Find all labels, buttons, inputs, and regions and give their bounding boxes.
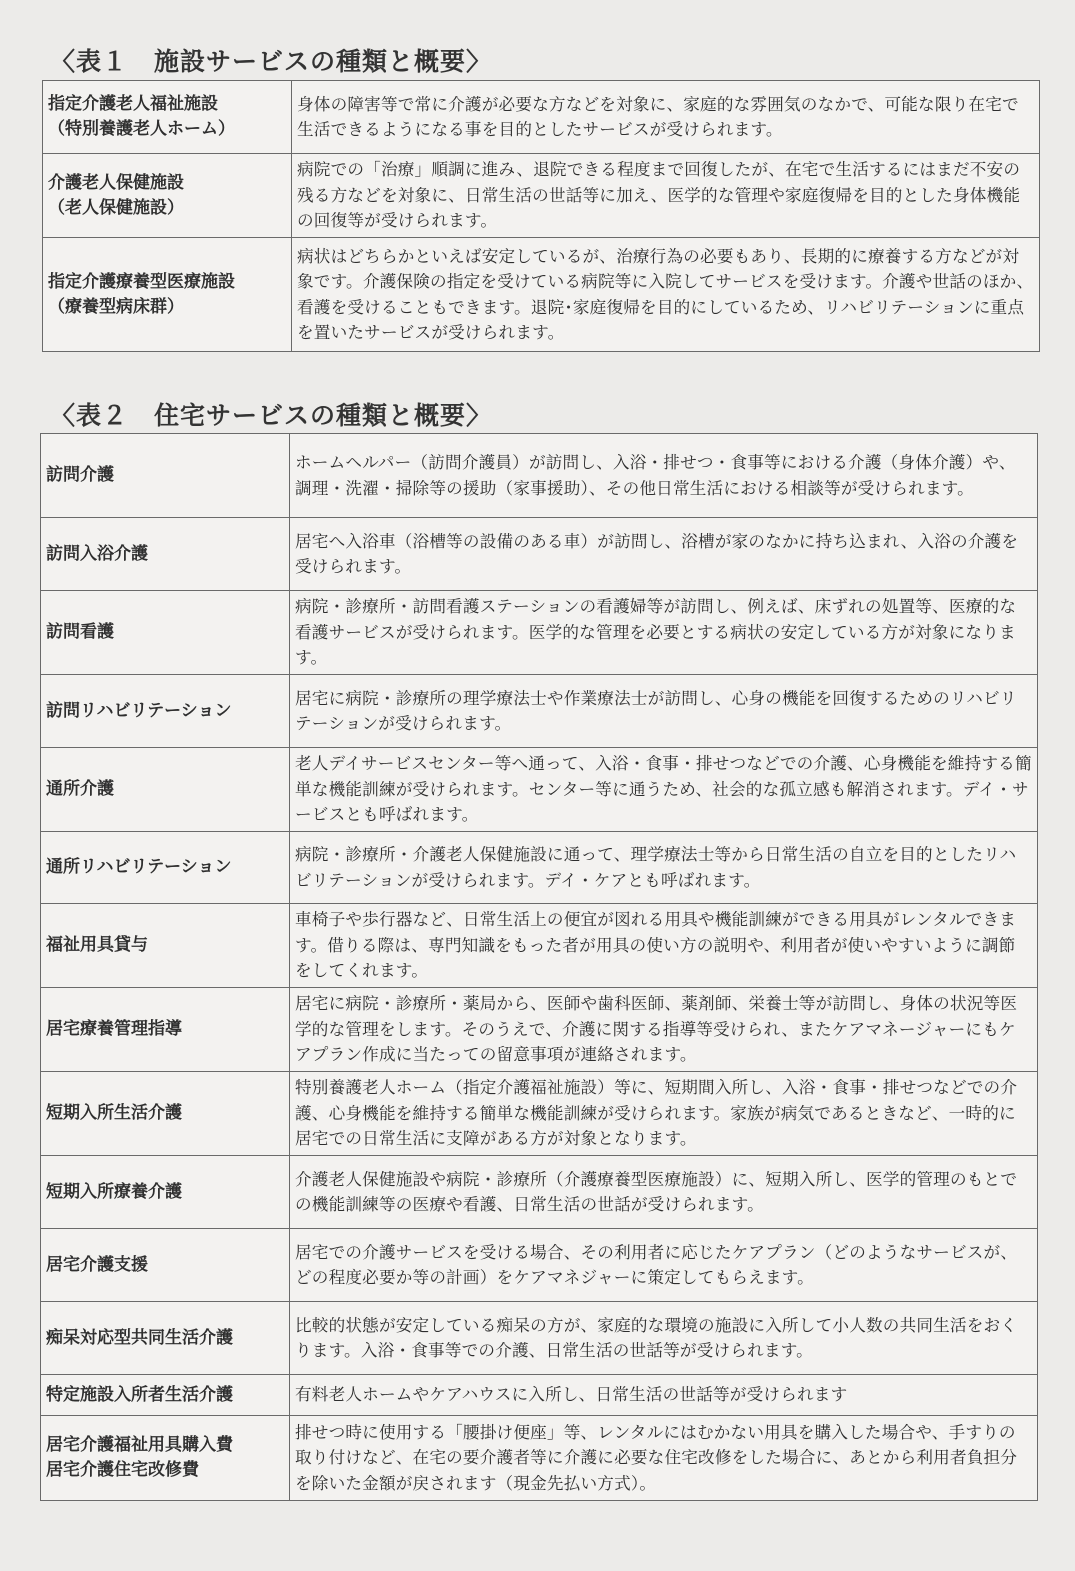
service-description: 病院での「治療」順調に進み、退院できる程度まで回復したが、在宅で生活するにはまだ… — [292, 154, 1040, 238]
service-name: 短期入所療養介護 — [41, 1156, 290, 1229]
service-name: 通所リハビリテーション — [41, 832, 290, 904]
service-description: 介護老人保健施設や病院・診療所（介護療養型医療施設）に、短期入所し、医学的管理の… — [290, 1156, 1038, 1229]
table2-title: 〈表２ 住宅サービスの種類と概要〉 — [50, 396, 492, 432]
table-row: 福祉用具貸与車椅子や歩行器など、日常生活上の便宜が図れる用具や機能訓練ができる用… — [41, 904, 1038, 988]
service-name: 居宅療養管理指導 — [41, 988, 290, 1072]
table-row: 短期入所療養介護介護老人保健施設や病院・診療所（介護療養型医療施設）に、短期入所… — [41, 1156, 1038, 1229]
service-description: 病院・診療所・介護老人保健施設に通って、理学療法士等から日常生活の自立を目的とし… — [290, 832, 1038, 904]
service-description: 居宅に病院・診療所・薬局から、医師や歯科医師、薬剤師、栄養士等が訪問し、身体の状… — [290, 988, 1038, 1072]
service-description: 排せつ時に使用する「腰掛け便座」等、レンタルにはむかない用具を購入した場合や、手… — [290, 1416, 1038, 1501]
service-name: 居宅介護福祉用具購入費 居宅介護住宅改修費 — [41, 1416, 290, 1501]
facility-services-table: 指定介護老人福祉施設 （特別養護老人ホーム）身体の障害等で常に介護が必要な方など… — [42, 80, 1040, 352]
service-name: 訪問入浴介護 — [41, 518, 290, 591]
table-row: 介護老人保健施設 （老人保健施設）病院での「治療」順調に進み、退院できる程度まで… — [43, 154, 1040, 238]
service-name: 短期入所生活介護 — [41, 1072, 290, 1156]
service-description: 居宅へ入浴車（浴槽等の設備のある車）が訪問し、浴槽が家のなかに持ち込まれ、入浴の… — [290, 518, 1038, 591]
table-row: 居宅介護福祉用具購入費 居宅介護住宅改修費排せつ時に使用する「腰掛け便座」等、レ… — [41, 1416, 1038, 1501]
table-row: 訪問入浴介護居宅へ入浴車（浴槽等の設備のある車）が訪問し、浴槽が家のなかに持ち込… — [41, 518, 1038, 591]
service-name: 訪問リハビリテーション — [41, 675, 290, 748]
service-description: 有料老人ホームやケアハウスに入所し、日常生活の世話等が受けられます — [290, 1375, 1038, 1416]
service-description: 比較的状態が安定している痴呆の方が、家庭的な環境の施設に入所して小人数の共同生活… — [290, 1302, 1038, 1375]
service-description: 病状はどちらかといえば安定しているが、治療行為の必要もあり、長期的に療養する方な… — [292, 238, 1040, 352]
table-row: 指定介護療養型医療施設 （療養型病床群）病状はどちらかといえば安定しているが、治… — [43, 238, 1040, 352]
table-row: 居宅療養管理指導居宅に病院・診療所・薬局から、医師や歯科医師、薬剤師、栄養士等が… — [41, 988, 1038, 1072]
service-name: 特定施設入所者生活介護 — [41, 1375, 290, 1416]
service-name: 指定介護療養型医療施設 （療養型病床群） — [43, 238, 292, 352]
service-description: 身体の障害等で常に介護が必要な方などを対象に、家庭的な雰囲気のなかで、可能な限り… — [292, 81, 1040, 154]
table-row: 訪問看護病院・診療所・訪問看護ステーションの看護婦等が訪問し、例えば、床ずれの処… — [41, 591, 1038, 675]
service-name: 通所介護 — [41, 748, 290, 832]
table-row: 通所リハビリテーション病院・診療所・介護老人保健施設に通って、理学療法士等から日… — [41, 832, 1038, 904]
service-description: 車椅子や歩行器など、日常生活上の便宜が図れる用具や機能訓練ができる用具がレンタル… — [290, 904, 1038, 988]
service-description: 特別養護老人ホーム（指定介護福祉施設）等に、短期間入所し、入浴・食事・排せつなど… — [290, 1072, 1038, 1156]
table-row: 短期入所生活介護特別養護老人ホーム（指定介護福祉施設）等に、短期間入所し、入浴・… — [41, 1072, 1038, 1156]
table-row: 指定介護老人福祉施設 （特別養護老人ホーム）身体の障害等で常に介護が必要な方など… — [43, 81, 1040, 154]
service-name: 居宅介護支援 — [41, 1229, 290, 1302]
table-row: 居宅介護支援居宅での介護サービスを受ける場合、その利用者に応じたケアプラン（どの… — [41, 1229, 1038, 1302]
service-name: 痴呆対応型共同生活介護 — [41, 1302, 290, 1375]
service-name: 訪問介護 — [41, 434, 290, 518]
table-row: 訪問リハビリテーション居宅に病院・診療所の理学療法士や作業療法士が訪問し、心身の… — [41, 675, 1038, 748]
table-row: 痴呆対応型共同生活介護比較的状態が安定している痴呆の方が、家庭的な環境の施設に入… — [41, 1302, 1038, 1375]
service-description: 老人デイサービスセンター等へ通って、入浴・食事・排せつなどでの介護、心身機能を維… — [290, 748, 1038, 832]
service-name: 訪問看護 — [41, 591, 290, 675]
home-services-table: 訪問介護ホームヘルパー（訪問介護員）が訪問し、入浴・排せつ・食事等における介護（… — [40, 433, 1038, 1501]
service-name: 介護老人保健施設 （老人保健施設） — [43, 154, 292, 238]
service-description: 居宅での介護サービスを受ける場合、その利用者に応じたケアプラン（どのようなサービ… — [290, 1229, 1038, 1302]
table-row: 特定施設入所者生活介護有料老人ホームやケアハウスに入所し、日常生活の世話等が受け… — [41, 1375, 1038, 1416]
table-row: 通所介護老人デイサービスセンター等へ通って、入浴・食事・排せつなどでの介護、心身… — [41, 748, 1038, 832]
service-name: 指定介護老人福祉施設 （特別養護老人ホーム） — [43, 81, 292, 154]
table-row: 訪問介護ホームヘルパー（訪問介護員）が訪問し、入浴・排せつ・食事等における介護（… — [41, 434, 1038, 518]
service-description: 居宅に病院・診療所の理学療法士や作業療法士が訪問し、心身の機能を回復するためのリ… — [290, 675, 1038, 748]
service-description: 病院・診療所・訪問看護ステーションの看護婦等が訪問し、例えば、床ずれの処置等、医… — [290, 591, 1038, 675]
service-name: 福祉用具貸与 — [41, 904, 290, 988]
service-description: ホームヘルパー（訪問介護員）が訪問し、入浴・排せつ・食事等における介護（身体介護… — [290, 434, 1038, 518]
table1-title: 〈表１ 施設サービスの種類と概要〉 — [50, 42, 492, 78]
